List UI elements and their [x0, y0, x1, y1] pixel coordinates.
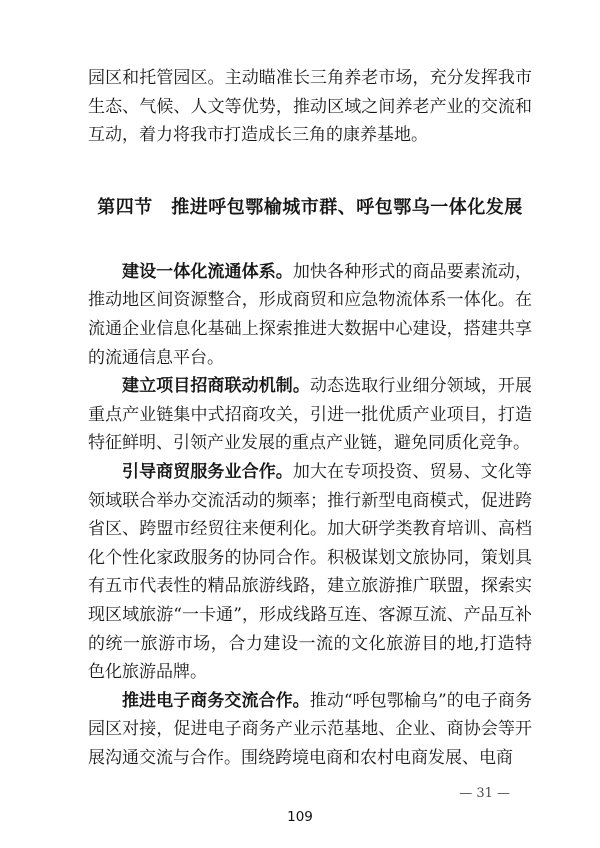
paragraph-lead: 建立项目招商联动机制。 [122, 376, 310, 396]
paragraph-text: 加大在专项投资、贸易、文化等领域联合举办交流活动的频率；推行新型电商模式，促进跨… [88, 462, 532, 682]
paragraph-lead: 推进电子商务交流合作。 [122, 691, 310, 711]
paragraph-continuation: 园区和托管园区。主动瞄准长三角养老市场，充分发挥我市生态、气候、人文等优势，推动… [88, 64, 532, 150]
paragraph-lead: 引导商贸服务业合作。 [122, 462, 293, 482]
paragraph: 引导商贸服务业合作。加大在专项投资、贸易、文化等领域联合举办交流活动的频率；推行… [88, 458, 532, 687]
paragraph: 推进电子商务交流合作。推动“呼包鄂榆乌”的电子商务园区对接，促进电子商务产业示范… [88, 687, 532, 773]
section-heading: 第四节 推进呼包鄂榆城市群、呼包鄂乌一体化发展 [88, 193, 532, 222]
paragraph-lead: 建设一体化流通体系。 [122, 262, 293, 282]
document-page: 园区和托管园区。主动瞄准长三角养老市场，充分发挥我市生态、气候、人文等优势，推动… [0, 0, 600, 848]
page-number: 109 [0, 809, 600, 826]
page-marker: — 31 — [0, 786, 510, 802]
paragraph: 建设一体化流通体系。加快各种形式的商品要素流动，推动地区间资源整合，形成商贸和应… [88, 258, 532, 372]
page-body-text: 园区和托管园区。主动瞄准长三角养老市场，充分发挥我市生态、气候、人文等优势，推动… [88, 64, 532, 772]
paragraph: 建立项目招商联动机制。动态选取行业细分领域，开展重点产业链集中式招商攻关，引进一… [88, 372, 532, 458]
